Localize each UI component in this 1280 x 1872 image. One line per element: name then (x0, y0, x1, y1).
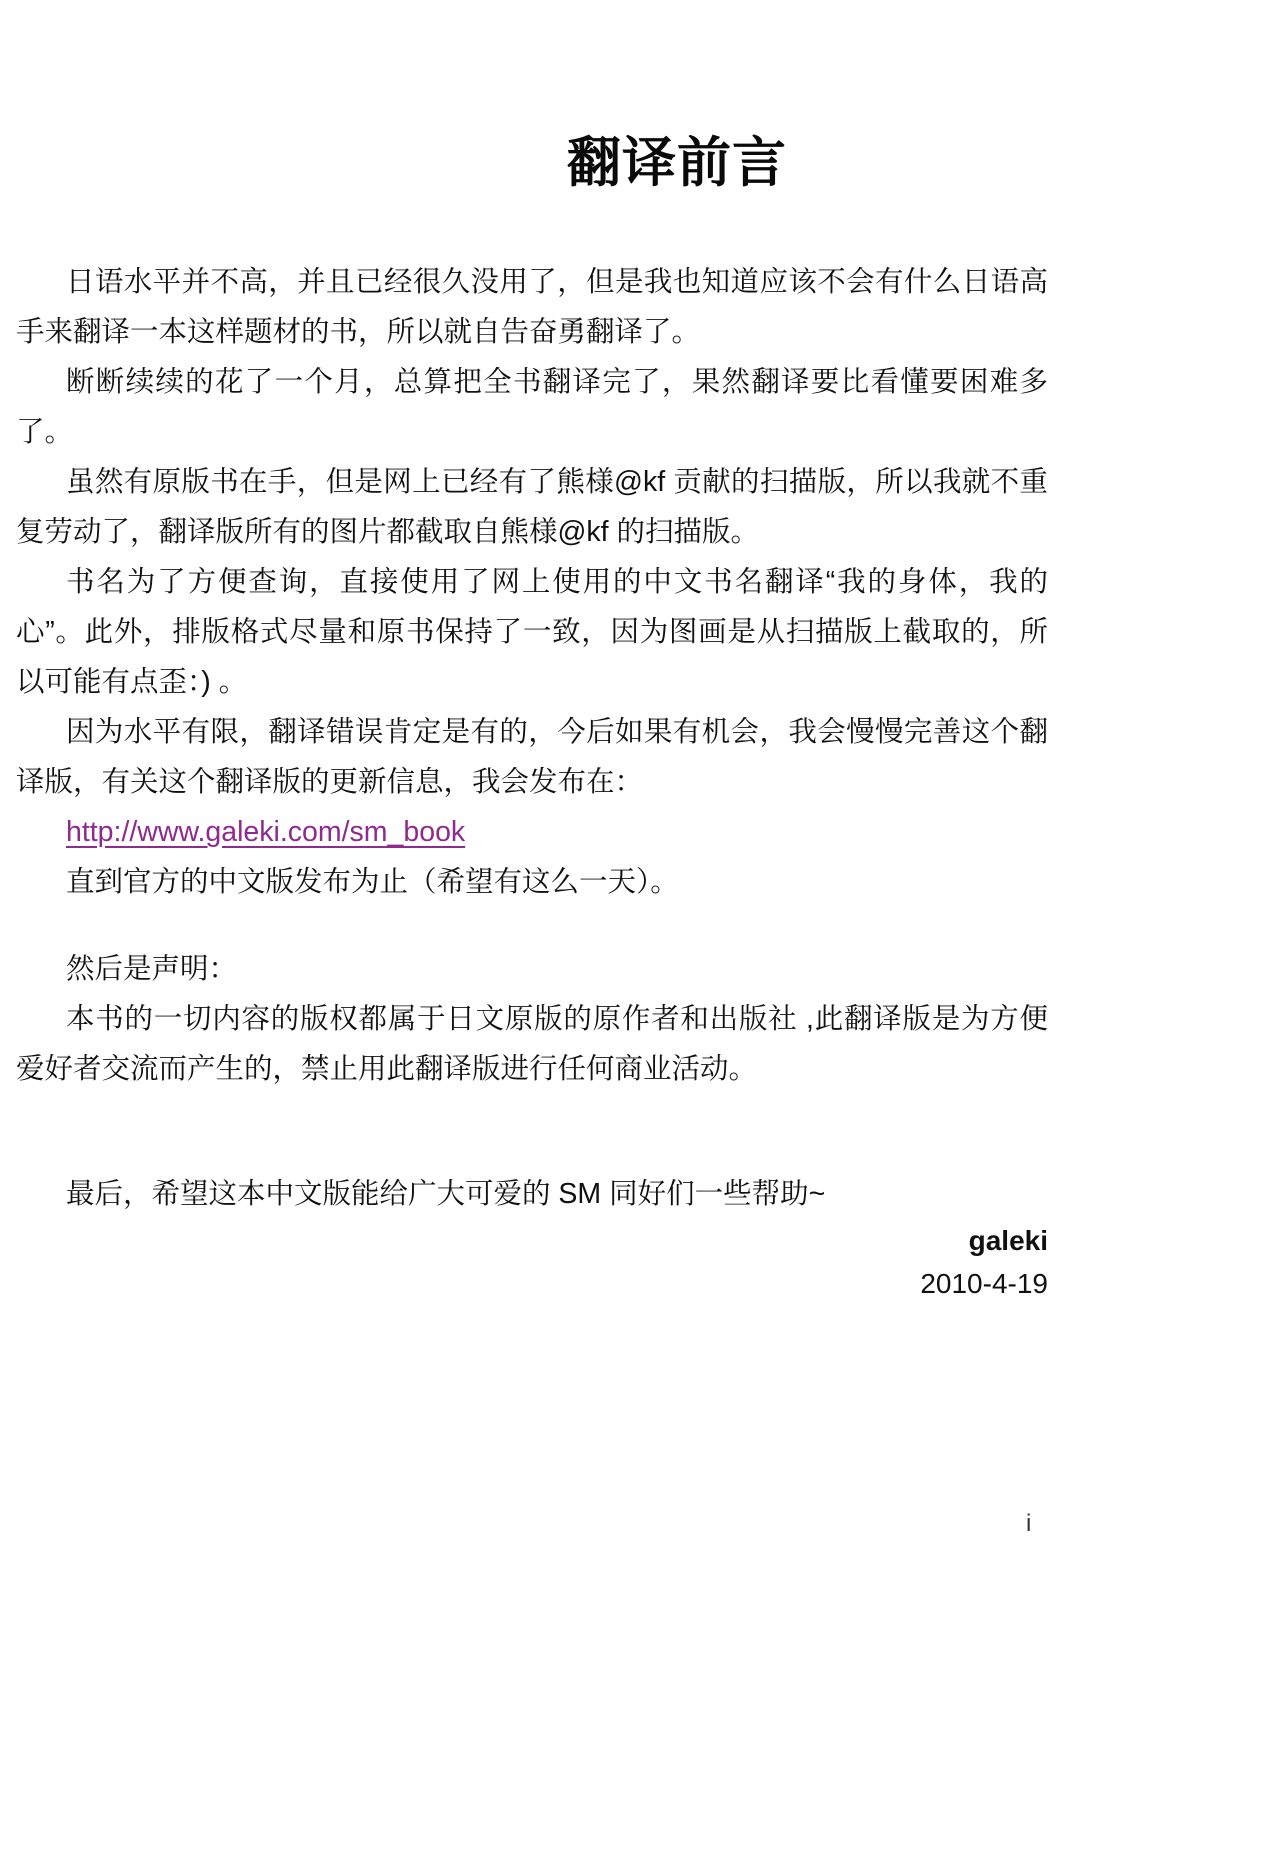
paragraph-list: 日语水平并不高，并且已经很久没用了，但是我也知道应该不会有什么日语高手来翻译一本… (16, 257, 1048, 1219)
paragraph-spacer (16, 1094, 1048, 1169)
preface-body: 日语水平并不高，并且已经很久没用了，但是我也知道应该不会有什么日语高手来翻译一本… (16, 257, 1048, 1305)
preface-paragraph: 断断续续的花了一个月，总算把全书翻译完了，果然翻译要比看懂要困难多了。 (16, 357, 1048, 457)
preface-paragraph: 因为水平有限，翻译错误肯定是有的，今后如果有机会，我会慢慢完善这个翻译版，有关这… (16, 707, 1048, 807)
paragraph-spacer (16, 907, 1048, 944)
preface-paragraph: 书名为了方便查询，直接使用了网上使用的中文书名翻译“我的身体，我的心”。此外，排… (16, 557, 1048, 707)
preface-paragraph: 然后是声明： (16, 944, 1048, 994)
preface-paragraph: 虽然有原版书在手，但是网上已经有了熊様@kf 贡献的扫描版，所以我就不重复劳动了… (16, 457, 1048, 557)
preface-paragraph: 日语水平并不高，并且已经很久没用了，但是我也知道应该不会有什么日语高手来翻译一本… (16, 257, 1048, 357)
preface-paragraph: 最后，希望这本中文版能给广大可爱的 SM 同好们一些帮助~ (16, 1169, 1048, 1219)
page-title: 翻译前言 (567, 133, 787, 193)
signature-date: 2010-4-19 (16, 1263, 1048, 1305)
preface-paragraph: 本书的一切内容的版权都属于日文原版的原作者和出版社 ,此翻译版是为方便爱好者交流… (16, 994, 1048, 1094)
document-page: { "document": { "title": "翻译前言", "link_c… (0, 0, 1280, 1872)
update-info-link[interactable]: http://www.galeki.com/sm_book (66, 816, 465, 848)
link-line: http://www.galeki.com/sm_book (16, 807, 1048, 857)
preface-paragraph: 直到官方的中文版发布为止（希望有这么一天）。 (16, 857, 1048, 907)
page-number: i (1026, 1510, 1031, 1538)
signature-name: galeki (16, 1219, 1048, 1263)
